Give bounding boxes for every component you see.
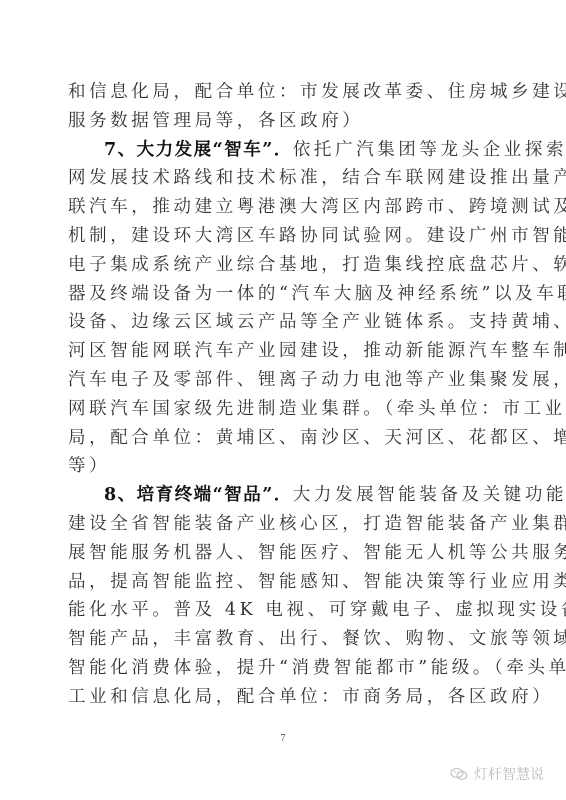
text-line: 网联汽车国家级先进制造业集群。（牵头单位：市工业和信息化: [68, 395, 498, 424]
text-line: 电子集成系统产业综合基地，打造集线控底盘芯片、软件、传感: [68, 251, 498, 280]
document-page: 和信息化局，配合单位：市发展改革委、住房城乡建设局、政务 服务数据管理局等，各区…: [0, 0, 566, 800]
watermark: 灯杆智慧说: [450, 764, 544, 784]
section-8-heading-line: 8、培育终端“智品”．大力发展智能装备及关键功能部件、: [68, 481, 498, 510]
text-span: 依托广汽集团等龙头企业探索车联: [293, 140, 566, 160]
wechat-icon: [450, 767, 468, 781]
text-line: 机制，建设环大湾区车路协同试验网。建设广州市智能网联汽车: [68, 222, 498, 251]
text-line: 联汽车，推动建立粤港澳大湾区内部跨市、跨境测试及应用协同: [68, 193, 498, 222]
section-heading: 8、培育终端“智品”．: [104, 485, 293, 505]
page-number: 7: [0, 733, 566, 744]
text-span: 大力发展智能装备及关键功能部件、: [293, 485, 566, 505]
text-line: 服务数据管理局等，各区政府）: [68, 107, 498, 136]
text-line: 等）: [68, 452, 498, 481]
section-heading: 7、大力发展“智车”．: [104, 140, 293, 160]
text-line: 汽车电子及零部件、锂离子动力电池等产业集聚发展，打造智能: [68, 366, 498, 395]
watermark-text: 灯杆智慧说: [474, 764, 544, 784]
text-line: 局，配合单位：黄埔区、南沙区、天河区、花都区、增城区政府: [68, 424, 498, 453]
text-line: 河区智能网联汽车产业园建设，推动新能源汽车整车制造、高端: [68, 337, 498, 366]
text-line: 建设全省智能装备产业核心区，打造智能装备产业集群。大力发: [68, 510, 498, 539]
text-line: 和信息化局，配合单位：市发展改革委、住房城乡建设局、政务: [68, 78, 498, 107]
document-body: 和信息化局，配合单位：市发展改革委、住房城乡建设局、政务 服务数据管理局等，各区…: [68, 78, 498, 712]
section-7-heading-line: 7、大力发展“智车”．依托广汽集团等龙头企业探索车联: [68, 136, 498, 165]
text-line: 展智能服务机器人、智能医疗、智能无人机等公共服务类智能产: [68, 539, 498, 568]
text-line: 智能产品，丰富教育、出行、餐饮、购物、文旅等领域的“广式”: [68, 625, 498, 654]
text-line: 网发展技术路线和技术标准，结合车联网建设推出量产型智能网: [68, 164, 498, 193]
text-line: 品，提高智能监控、智能感知、智能决策等行业应用类产品的智: [68, 568, 498, 597]
text-line: 工业和信息化局，配合单位：市商务局，各区政府）: [68, 683, 498, 712]
text-line: 设备、边缘云区域云产品等全产业链体系。支持黄埔、南沙、天: [68, 308, 498, 337]
text-line: 智能化消费体验，提升“消费智能都市”能级。（牵头单位：市: [68, 654, 498, 683]
text-line: 能化水平。普及 4K 电视、可穿戴电子、虚拟现实设备等生活类: [68, 596, 498, 625]
text-line: 器及终端设备为一体的“汽车大脑及神经系统”以及车联网路侧: [68, 280, 498, 309]
